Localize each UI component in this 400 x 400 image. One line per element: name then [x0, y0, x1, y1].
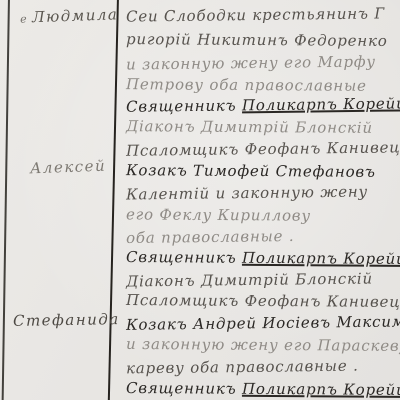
register-text-line: Священникъ Поликарпъ Корейша: [126, 94, 400, 116]
margin-name-label: Стефанида: [13, 310, 120, 330]
left-margin-rule-line: [2, 0, 10, 400]
column-divider-rule-line: [108, 0, 119, 400]
register-text-line: Козакъ Тимофей Стефановъ: [126, 161, 376, 181]
pen-flourish: e: [20, 12, 28, 25]
register-text-line: его Феклу Кириллову: [126, 205, 311, 224]
register-text-line: Священникъ Поликарпъ Корейша: [126, 379, 400, 399]
register-text-line: оба православные .: [126, 227, 295, 247]
margin-entry-name: eЛюдмила: [20, 5, 119, 26]
register-page-scan: eЛюдмила Алексей Стефанида Сеи Слободки …: [0, 0, 400, 400]
register-text-line: Псаломщикъ Феофанъ Канивецъ: [126, 138, 400, 159]
margin-name-label: Алексей: [30, 157, 107, 178]
register-text-line: Священникъ Поликарпъ Корейша: [126, 248, 400, 268]
clergy-title: Священникъ: [126, 96, 242, 115]
register-text-line: Сеи Слободки крестьянинъ Г: [126, 4, 385, 25]
margin-name-label: Людмила: [32, 5, 119, 26]
clergy-title: Священникъ: [126, 248, 242, 267]
register-text-line: ригорій Никитинъ Федоренко: [126, 30, 388, 50]
register-text-line: Козакъ Андрей Иосіевъ Максимов: [126, 312, 400, 334]
register-text-line: Петрову оба православные: [126, 75, 367, 95]
register-text-line: Псаломщикъ Феофанъ Канивецъ: [126, 291, 400, 311]
clergy-name-underlined: Поликарпъ Корейша: [242, 380, 400, 399]
register-text-line: и законную жену его Параскеву Гу: [126, 335, 400, 355]
margin-entry-name: Стефанида: [13, 310, 120, 330]
clergy-name-underlined: Поликарпъ Корейша: [242, 94, 400, 114]
register-text-line: Діаконъ Димитрій Блонскій: [126, 269, 373, 290]
clergy-name-underlined: Поликарпъ Корейша: [242, 249, 400, 268]
register-text-line: кареву оба православные .: [126, 357, 359, 378]
register-text-line: Калентій и законную жену: [126, 183, 368, 204]
margin-entry-name: Алексей: [30, 157, 107, 178]
register-text-line: Діаконъ Димитрій Блонскій: [126, 117, 373, 137]
register-text-line: и законную жену его Марфу: [126, 52, 376, 73]
clergy-title: Священникъ: [126, 379, 242, 398]
